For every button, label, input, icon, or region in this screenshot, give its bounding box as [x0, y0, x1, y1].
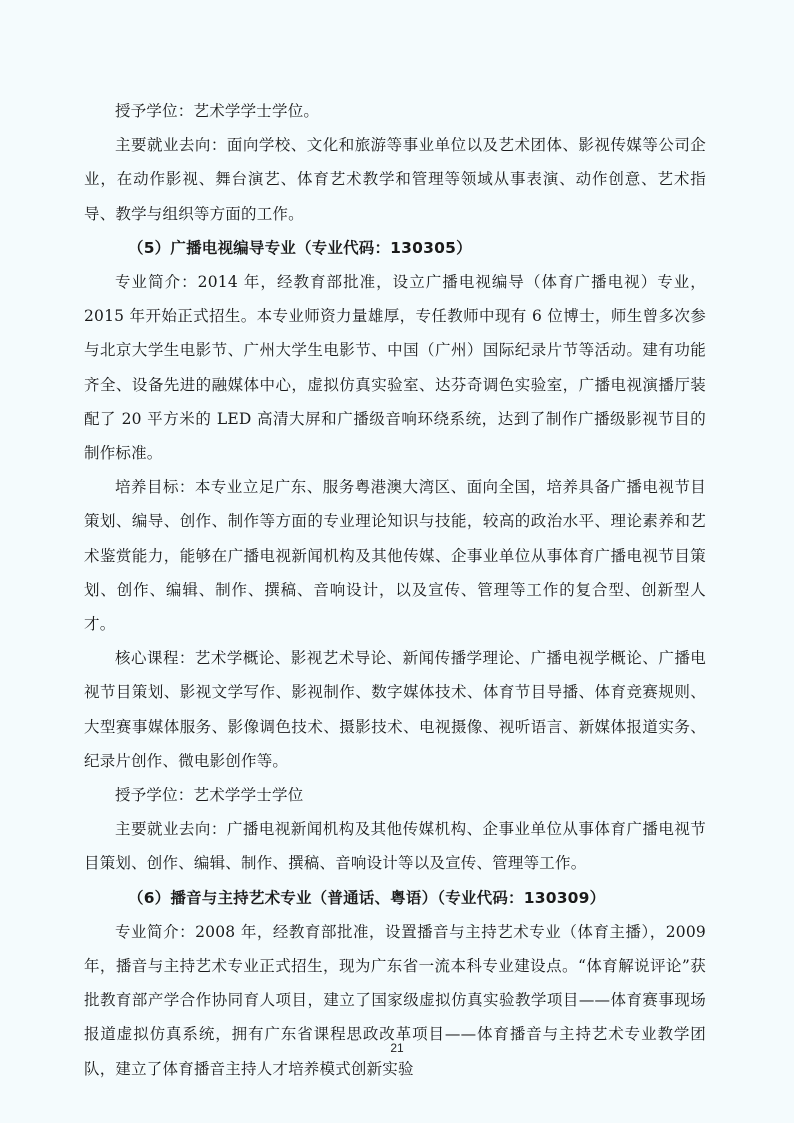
degree-paragraph: 授予学位：艺术学学士学位 [84, 778, 706, 812]
employment-paragraph: 主要就业去向：面向学校、文化和旅游等事业单位以及艺术团体、影视传媒等公司企业，在… [84, 128, 706, 231]
degree-paragraph: 授予学位：艺术学学士学位。 [84, 94, 706, 128]
objective-paragraph: 培养目标：本专业立足广东、服务粤港澳大湾区、面向全国，培养具备广播电视节目策划、… [84, 470, 706, 641]
core-courses-paragraph: 核心课程：艺术学概论、影视艺术导论、新闻传播学理论、广播电视学概论、广播电视节目… [84, 641, 706, 778]
intro-paragraph: 专业简介：2014 年，经教育部批准，设立广播电视编导（体育广播电视）专业，20… [84, 265, 706, 470]
intro-paragraph: 专业简介：2008 年，经教育部批准，设置播音与主持艺术专业（体育主播），200… [84, 915, 706, 1086]
document-page: 授予学位：艺术学学士学位。 主要就业去向：面向学校、文化和旅游等事业单位以及艺术… [84, 94, 706, 1086]
employment-paragraph: 主要就业去向：广播电视新闻机构及其他传媒机构、企事业单位从事体育广播电视节目策划… [84, 812, 706, 880]
page-number: 21 [0, 1041, 794, 1055]
section-heading-broadcasting-hosting: （6）播音与主持艺术专业（普通话、粤语）（专业代码：130309） [84, 881, 706, 915]
section-heading-broadcast-directing: （5）广播电视编导专业（专业代码：130305） [84, 231, 706, 265]
